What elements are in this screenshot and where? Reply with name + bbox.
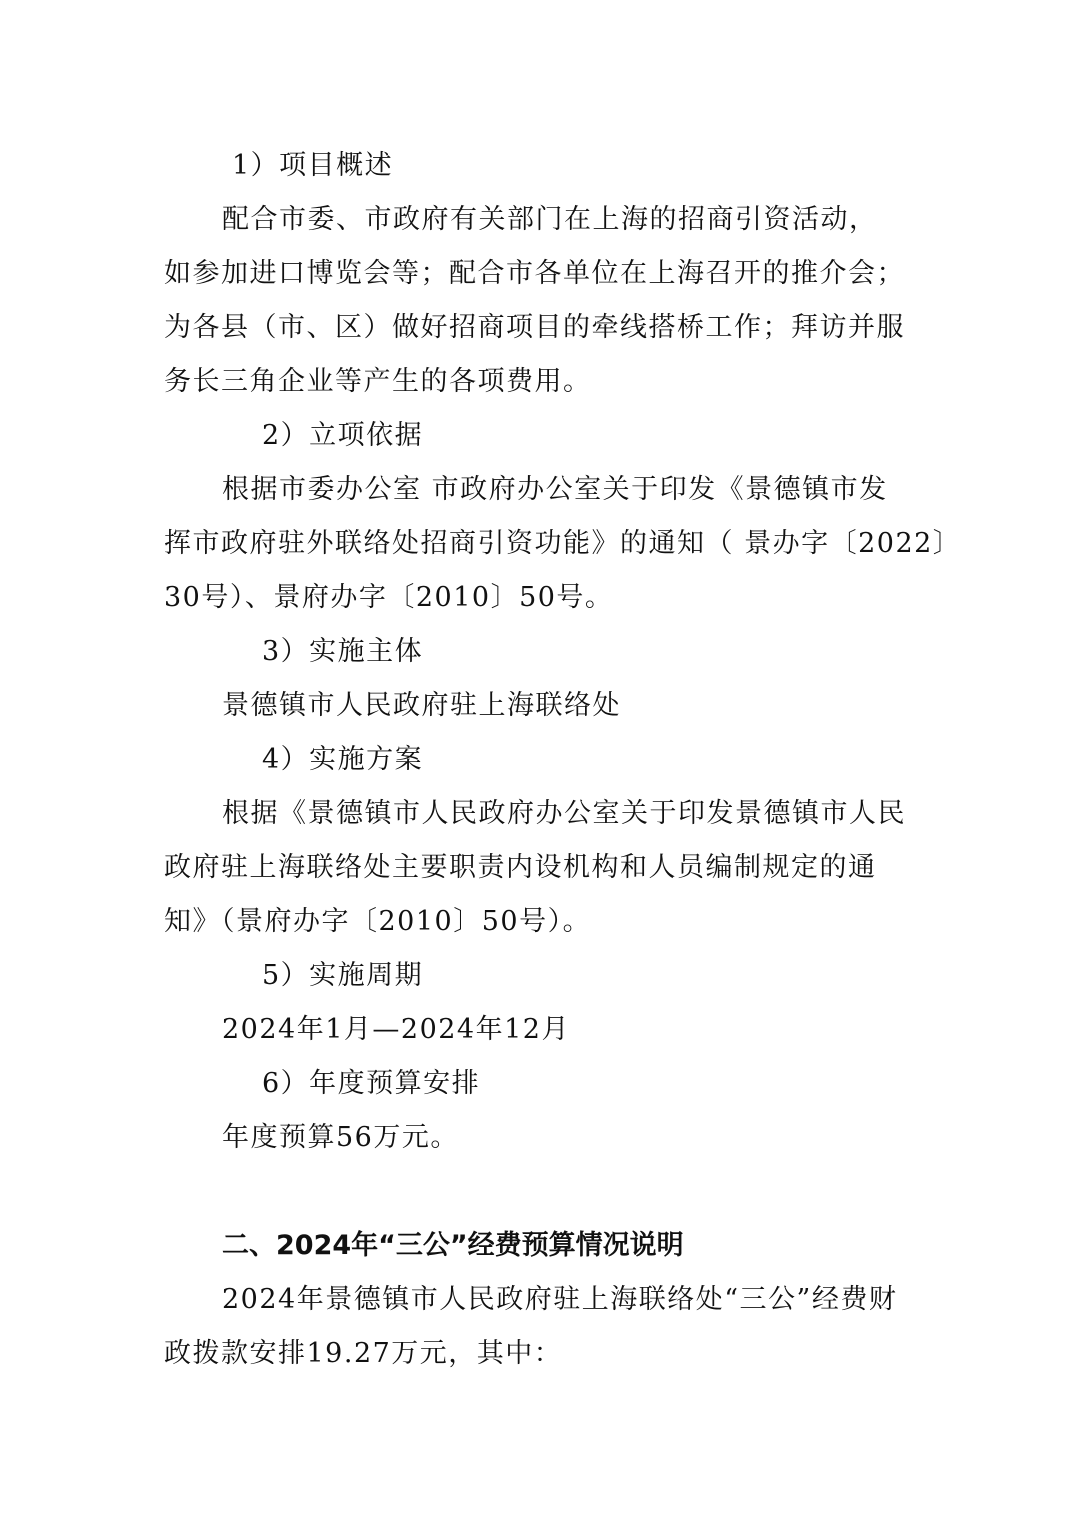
item-heading-annual-budget: 6）年度预算安排 xyxy=(262,1066,480,1102)
item-heading-project-overview: 1）项目概述 xyxy=(232,148,393,184)
paragraph-line: 务长三角企业等产生的各项费用。 xyxy=(164,364,592,400)
paragraph-line: 30号）、景府办字〔2010〕50号。 xyxy=(164,580,613,616)
item-heading-implementation-plan: 4）实施方案 xyxy=(262,742,423,778)
paragraph-line: 年度预算56万元。 xyxy=(222,1120,459,1156)
item-heading-basis: 2）立项依据 xyxy=(262,418,423,454)
paragraph-line: 为各县（市、区）做好招商项目的牵线搭桥工作；拜访并服 xyxy=(164,310,905,346)
paragraph-line: 知》（景府办字〔2010〕50号）。 xyxy=(164,904,591,940)
item-heading-implementation-period: 5）实施周期 xyxy=(262,958,423,994)
paragraph-line: 政府驻上海联络处主要职责内设机构和人员编制规定的通 xyxy=(164,850,877,886)
paragraph-line: 配合市委、市政府有关部门在上海的招商引资活动， xyxy=(222,202,878,238)
paragraph-line: 政拨款安排19.27万元，其中： xyxy=(164,1336,562,1372)
paragraph-line: 如参加进口博览会等；配合市各单位在上海召开的推介会； xyxy=(164,256,905,292)
paragraph-line: 2024年景德镇市人民政府驻上海联络处“三公”经费财 xyxy=(222,1282,897,1318)
section-heading-three-public-expenses: 二、2024年“三公”经费预算情况说明 xyxy=(222,1228,684,1264)
paragraph-line: 根据市委办公室 市政府办公室关于印发《景德镇市发 xyxy=(222,472,888,508)
paragraph-line: 根据《景德镇市人民政府办公室关于印发景德镇市人民 xyxy=(222,796,906,832)
paragraph-line: 挥市政府驻外联络处招商引资功能》的通知（ 景办字〔2022〕 xyxy=(164,526,961,562)
item-heading-implementing-entity: 3）实施主体 xyxy=(262,634,423,670)
paragraph-line: 2024年1月—2024年12月 xyxy=(222,1012,570,1048)
paragraph-line: 景德镇市人民政府驻上海联络处 xyxy=(222,688,621,724)
